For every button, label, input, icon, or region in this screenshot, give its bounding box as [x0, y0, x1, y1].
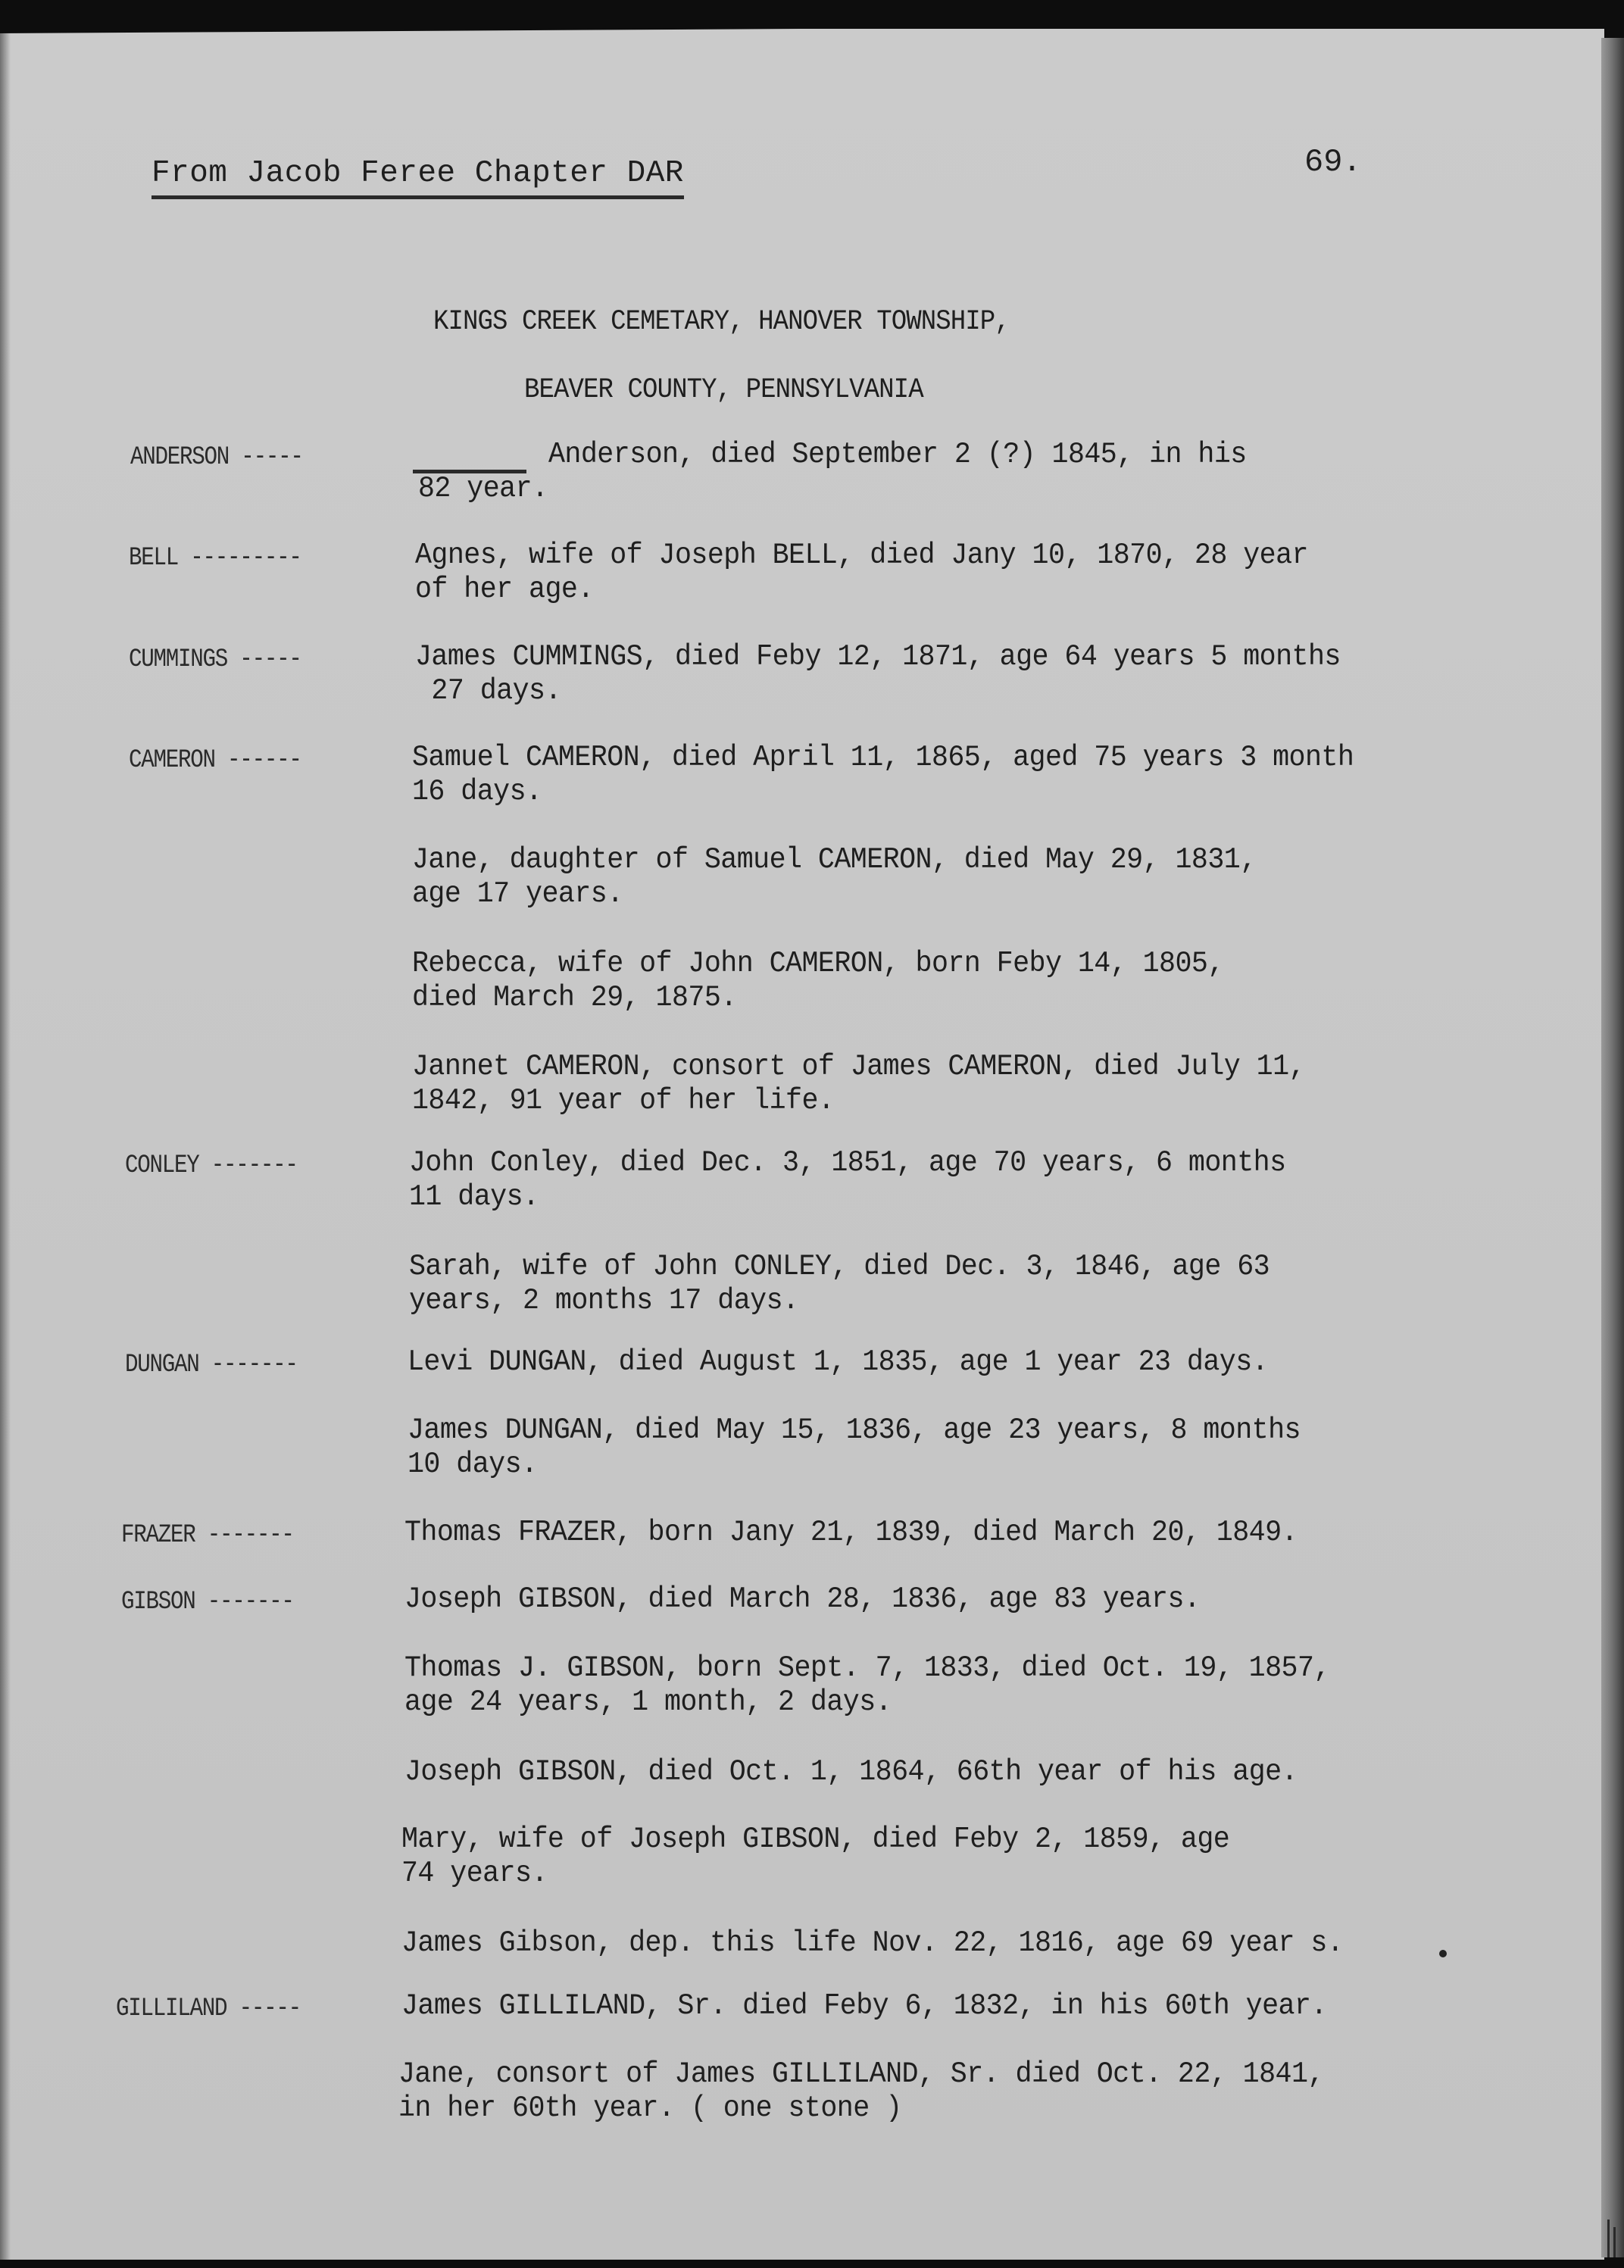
- scanned-page: From Jacob Feree Chapter DAR 69. KINGS C…: [0, 0, 1624, 2268]
- entry-line: Sarah, wife of John CONLEY, died Dec. 3,…: [409, 1250, 1270, 1283]
- entry-line: James GILLILAND, Sr. died Feby 6, 1832, …: [401, 1989, 1327, 2023]
- surname-bell: BELL ---------: [129, 544, 301, 573]
- surname-cummings: CUMMINGS -----: [129, 645, 301, 674]
- entry-line: Rebecca, wife of John CAMERON, born Feby…: [412, 947, 1224, 980]
- edge-mark: [1607, 2220, 1610, 2257]
- entry-line: 1842, 91 year of her life.: [412, 1084, 834, 1117]
- entry-line: Thomas FRAZER, born Jany 21, 1839, died …: [404, 1516, 1298, 1549]
- entry-line: Anderson, died September 2 (?) 1845, in …: [548, 438, 1247, 471]
- ink-speck: [1439, 1950, 1447, 1957]
- source-header: From Jacob Feree Chapter DAR: [151, 156, 684, 199]
- surname-gilliland: GILLILAND -----: [116, 1995, 301, 2023]
- entry-line: in her 60th year. ( one stone ): [398, 2091, 902, 2125]
- entry-line: John Conley, died Dec. 3, 1851, age 70 y…: [409, 1146, 1286, 1179]
- entry-line: died March 29, 1875.: [412, 981, 737, 1014]
- cemetery-title: KINGS CREEK CEMETARY, HANOVER TOWNSHIP,: [433, 306, 1010, 338]
- surname-gibson: GIBSON -------: [121, 1588, 294, 1617]
- entry-line: age 17 years.: [412, 877, 623, 911]
- entry-line: 16 days.: [412, 775, 542, 808]
- entry-line: Thomas J. GIBSON, born Sept. 7, 1833, di…: [404, 1651, 1330, 1685]
- document-content: From Jacob Feree Chapter DAR 69. KINGS C…: [0, 0, 1604, 2268]
- entry-line: Jannet CAMERON, consort of James CAMERON…: [412, 1050, 1305, 1083]
- entry-line: of her age.: [415, 573, 594, 606]
- entry-line: age 24 years, 1 month, 2 days.: [404, 1685, 892, 1719]
- entry-line: years, 2 months 17 days.: [409, 1284, 798, 1317]
- edge-mark: [1613, 2227, 1616, 2257]
- entry-line: James CUMMINGS, died Feby 12, 1871, age …: [415, 640, 1341, 673]
- entry-line: 74 years.: [401, 1857, 548, 1890]
- surname-conley: CONLEY -------: [125, 1151, 298, 1180]
- entry-line: 82 year.: [418, 472, 548, 505]
- entry-line: Jane, consort of James GILLILAND, Sr. di…: [398, 2057, 1324, 2091]
- entry-line: James DUNGAN, died May 15, 1836, age 23 …: [408, 1414, 1301, 1447]
- entry-line: Samuel CAMERON, died April 11, 1865, age…: [412, 741, 1354, 774]
- entry-line: James Gibson, dep. this life Nov. 22, 18…: [401, 1926, 1343, 1960]
- entry-line: Levi DUNGAN, died August 1, 1835, age 1 …: [408, 1345, 1268, 1379]
- entry-line: Joseph GIBSON, died March 28, 1836, age …: [404, 1582, 1200, 1616]
- entry-line: 11 days.: [409, 1180, 539, 1214]
- entry-line: Mary, wife of Joseph GIBSON, died Feby 2…: [401, 1823, 1229, 1856]
- cemetery-location: BEAVER COUNTY, PENNSYLVANIA: [524, 374, 923, 406]
- entry-line: Joseph GIBSON, died Oct. 1, 1864, 66th y…: [404, 1755, 1298, 1788]
- entry-line: Agnes, wife of Joseph BELL, died Jany 10…: [415, 539, 1308, 572]
- page-number: 69.: [1304, 144, 1362, 180]
- surname-dungan: DUNGAN -------: [125, 1351, 298, 1379]
- entry-line: 27 days.: [415, 674, 561, 708]
- surname-cameron: CAMERON ------: [129, 746, 301, 775]
- entry-line: Jane, daughter of Samuel CAMERON, died M…: [412, 843, 1257, 876]
- surname-frazer: FRAZER -------: [121, 1521, 294, 1550]
- surname-anderson: ANDERSON -----: [130, 443, 303, 472]
- stacked-page-edges: [1601, 38, 1624, 2257]
- entry-line: 10 days.: [408, 1448, 537, 1481]
